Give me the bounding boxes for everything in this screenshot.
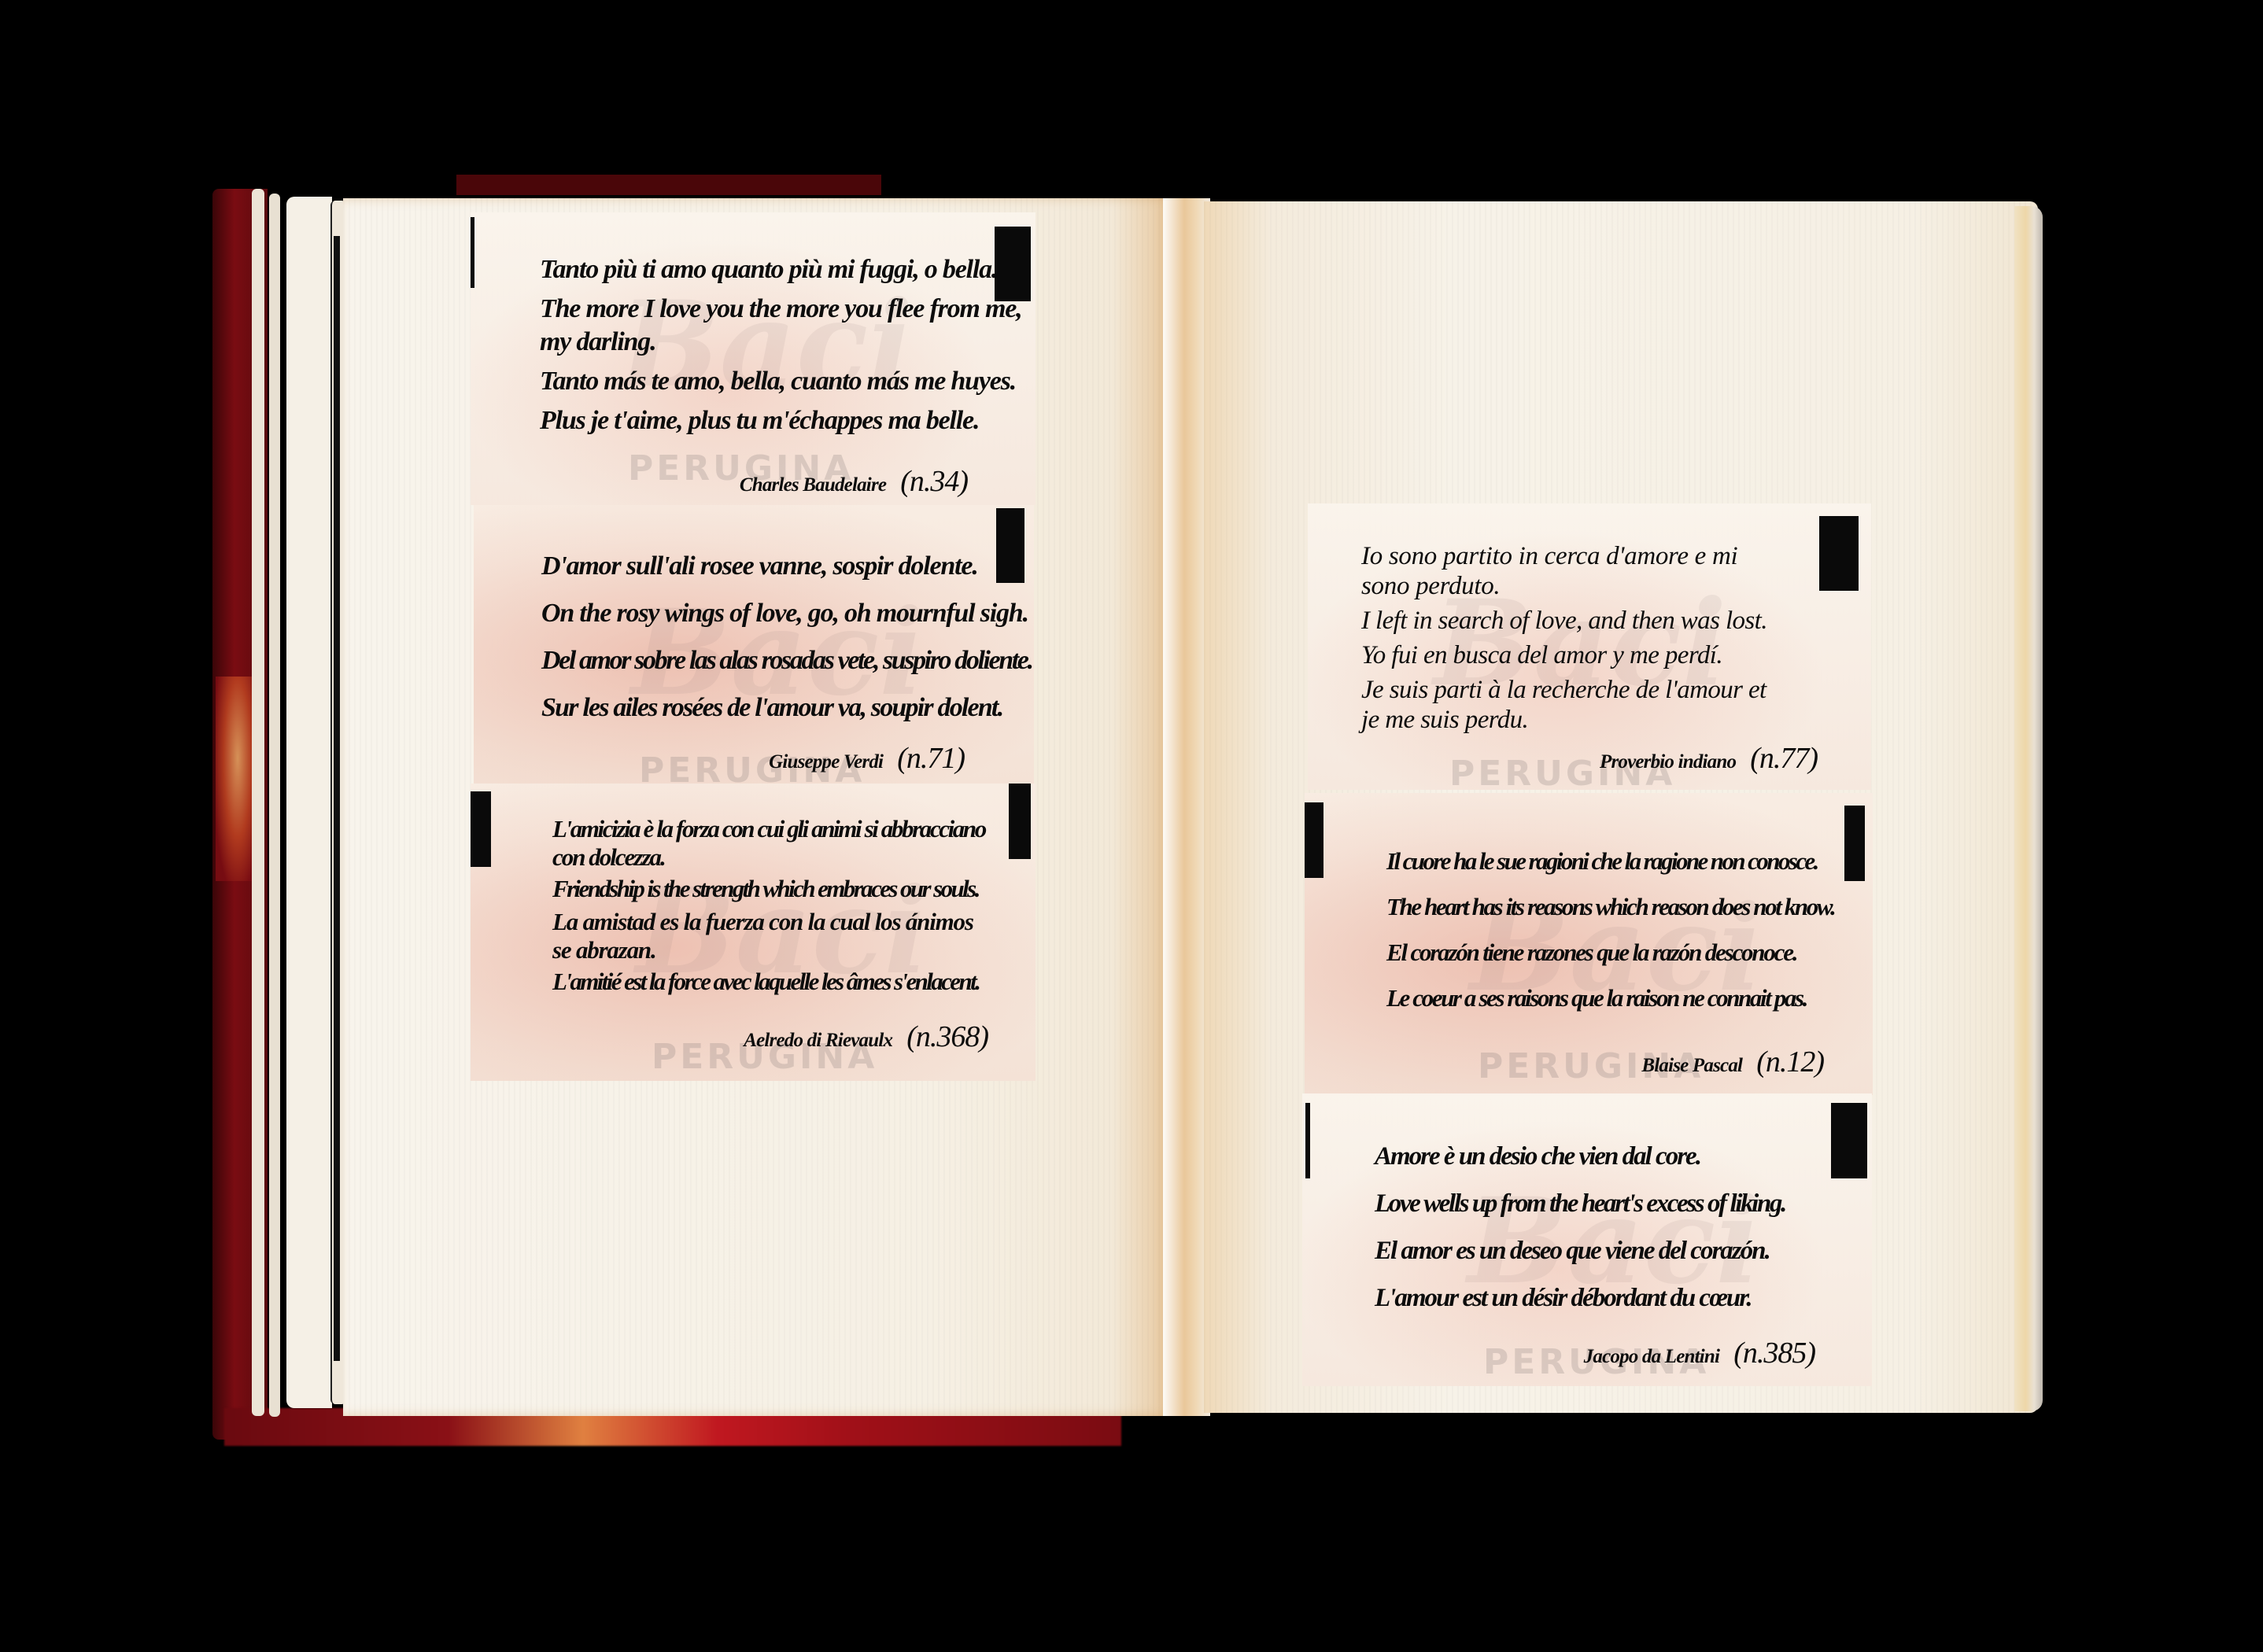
- quote-wrapper-verdi: Baci PERUGINA D'amor sull'ali rosee vann…: [474, 505, 1034, 784]
- quote-wrapper-aelredo: Baci PERUGINA L'amicizia è la forza con …: [471, 784, 1036, 1081]
- quote-wrapper-baudelaire: Baci PERUGINA Tanto più ti amo quanto pi…: [471, 212, 1036, 505]
- book-gutter: [1163, 198, 1210, 1416]
- quote-number: (n.12): [1756, 1045, 1824, 1079]
- wrapper-edge-mark: [471, 217, 474, 288]
- quote-wrapper-proverbio-indiano: Baci PERUGINA Io sono partito in cerca d…: [1308, 503, 1871, 790]
- quote-line-french: L'amour est un désir débordant du cœur.: [1375, 1274, 1785, 1322]
- quote-line-spanish: El corazón tiene razones que la razón de…: [1386, 930, 1834, 975]
- quote-line-italian: sono perduto.: [1361, 571, 1767, 601]
- quote-line-french: Je suis parti à la recherche de l'amour …: [1361, 675, 1767, 705]
- quote-text: D'amor sull'ali rosee vanne, sospir dole…: [541, 543, 1032, 732]
- quote-line-spanish: El amor es un deseo que viene del corazó…: [1375, 1227, 1785, 1274]
- wrapper-edge-mark: [1305, 1103, 1310, 1178]
- quote-attribution: Aelredo di Rievaulx(n.368): [744, 1020, 988, 1054]
- quote-line-english: I left in search of love, and then was l…: [1361, 606, 1767, 636]
- quote-text: Amore è un desio che vien dal core. Love…: [1375, 1133, 1785, 1322]
- quote-line-spanish: se abrazan.: [552, 936, 985, 964]
- wrapper-edge-mark: [471, 791, 491, 867]
- quote-author: Blaise Pascal: [1641, 1055, 1742, 1076]
- quote-line-french: Le coeur a ses raisons que la raison ne …: [1386, 975, 1834, 1021]
- quote-attribution: Giuseppe Verdi(n.71): [769, 741, 965, 776]
- quote-text: Io sono partito in cerca d'amore e mi so…: [1361, 541, 1767, 735]
- quote-line-english: The heart has its reasons which reason d…: [1386, 884, 1834, 930]
- quote-number: (n.71): [897, 742, 965, 775]
- quote-line-italian: Il cuore ha le sue ragioni che la ragion…: [1386, 839, 1834, 884]
- quote-text: L'amicizia è la forza con cui gli animi …: [552, 815, 985, 996]
- quote-line-italian: L'amicizia è la forza con cui gli animi …: [552, 815, 985, 843]
- quote-line-italian: con dolcezza.: [552, 843, 985, 872]
- page-stack-edge: [252, 189, 264, 1416]
- quote-line-french: je me suis perdu.: [1361, 705, 1767, 735]
- quote-attribution: Jacopo da Lentini(n.385): [1584, 1336, 1815, 1370]
- quote-line-italian: Amore è un desio che vien dal core.: [1375, 1133, 1785, 1180]
- quote-number: (n.385): [1733, 1337, 1815, 1370]
- quote-number: (n.34): [900, 465, 968, 498]
- quote-line-english: Love wells up from the heart's excess of…: [1375, 1180, 1785, 1227]
- wrapper-edge-mark: [1305, 802, 1323, 878]
- quote-number: (n.368): [906, 1020, 988, 1053]
- book-cover-top-edge: [456, 175, 881, 195]
- quote-line-spanish: Yo fui en busca del amor y me perdí.: [1361, 640, 1767, 670]
- quote-text: Il cuore ha le sue ragioni che la ragion…: [1386, 839, 1834, 1021]
- quote-line-english: On the rosy wings of love, go, oh mournf…: [541, 590, 1032, 637]
- page-stack-shadow: [334, 236, 340, 1361]
- quote-line-english: Friendship is the strength which embrace…: [552, 875, 985, 903]
- quote-line-french: Sur les ailes rosées de l'amour va, soup…: [541, 684, 1032, 732]
- quote-attribution: Proverbio indiano(n.77): [1600, 741, 1818, 776]
- page-stack-edge: [269, 194, 280, 1417]
- quote-line-french: L'amitié est la force avec laquelle les …: [552, 968, 985, 996]
- quote-author: Giuseppe Verdi: [769, 751, 883, 773]
- quote-line-french: Plus je t'aime, plus tu m'échappes ma be…: [540, 404, 1021, 437]
- quote-attribution: Blaise Pascal(n.12): [1641, 1045, 1824, 1079]
- quote-line-italian: Tanto più ti amo quanto più mi fuggi, o …: [540, 253, 1021, 286]
- quote-line-spanish: Tanto más te amo, bella, cuanto más me h…: [540, 365, 1021, 398]
- wrapper-edge-mark: [1819, 516, 1859, 591]
- quote-line-spanish: La amistad es la fuerza con la cual los …: [552, 908, 985, 936]
- quote-line-english: The more I love you the more you flee fr…: [540, 293, 1021, 326]
- quote-wrapper-pascal: Baci PERUGINA Il cuore ha le sue ragioni…: [1305, 793, 1873, 1095]
- quote-author: Charles Baudelaire: [740, 474, 886, 496]
- right-page-edges: [2014, 206, 2043, 1411]
- quote-author: Jacopo da Lentini: [1584, 1346, 1720, 1367]
- quote-line-italian: D'amor sull'ali rosee vanne, sospir dole…: [541, 543, 1032, 590]
- quote-number: (n.77): [1750, 742, 1818, 775]
- quote-text: Tanto più ti amo quanto più mi fuggi, o …: [540, 253, 1021, 437]
- wrapper-edge-mark: [1844, 806, 1865, 881]
- quote-author: Proverbio indiano: [1600, 751, 1736, 773]
- quote-line-italian: Io sono partito in cerca d'amore e mi: [1361, 541, 1767, 571]
- quote-line-english: my darling.: [540, 326, 1021, 359]
- quote-attribution: Charles Baudelaire(n.34): [740, 464, 968, 499]
- quote-author: Aelredo di Rievaulx: [744, 1030, 892, 1051]
- wrapper-edge-mark: [1009, 784, 1031, 859]
- wrapper-edge-mark: [1831, 1103, 1867, 1178]
- quote-line-spanish: Del amor sobre las alas rosadas vete, su…: [541, 637, 1032, 684]
- quote-wrapper-jacopo-da-lentini: Baci PERUGINA Amore è un desio che vien …: [1302, 1093, 1872, 1386]
- page-stack-edge: [286, 197, 332, 1408]
